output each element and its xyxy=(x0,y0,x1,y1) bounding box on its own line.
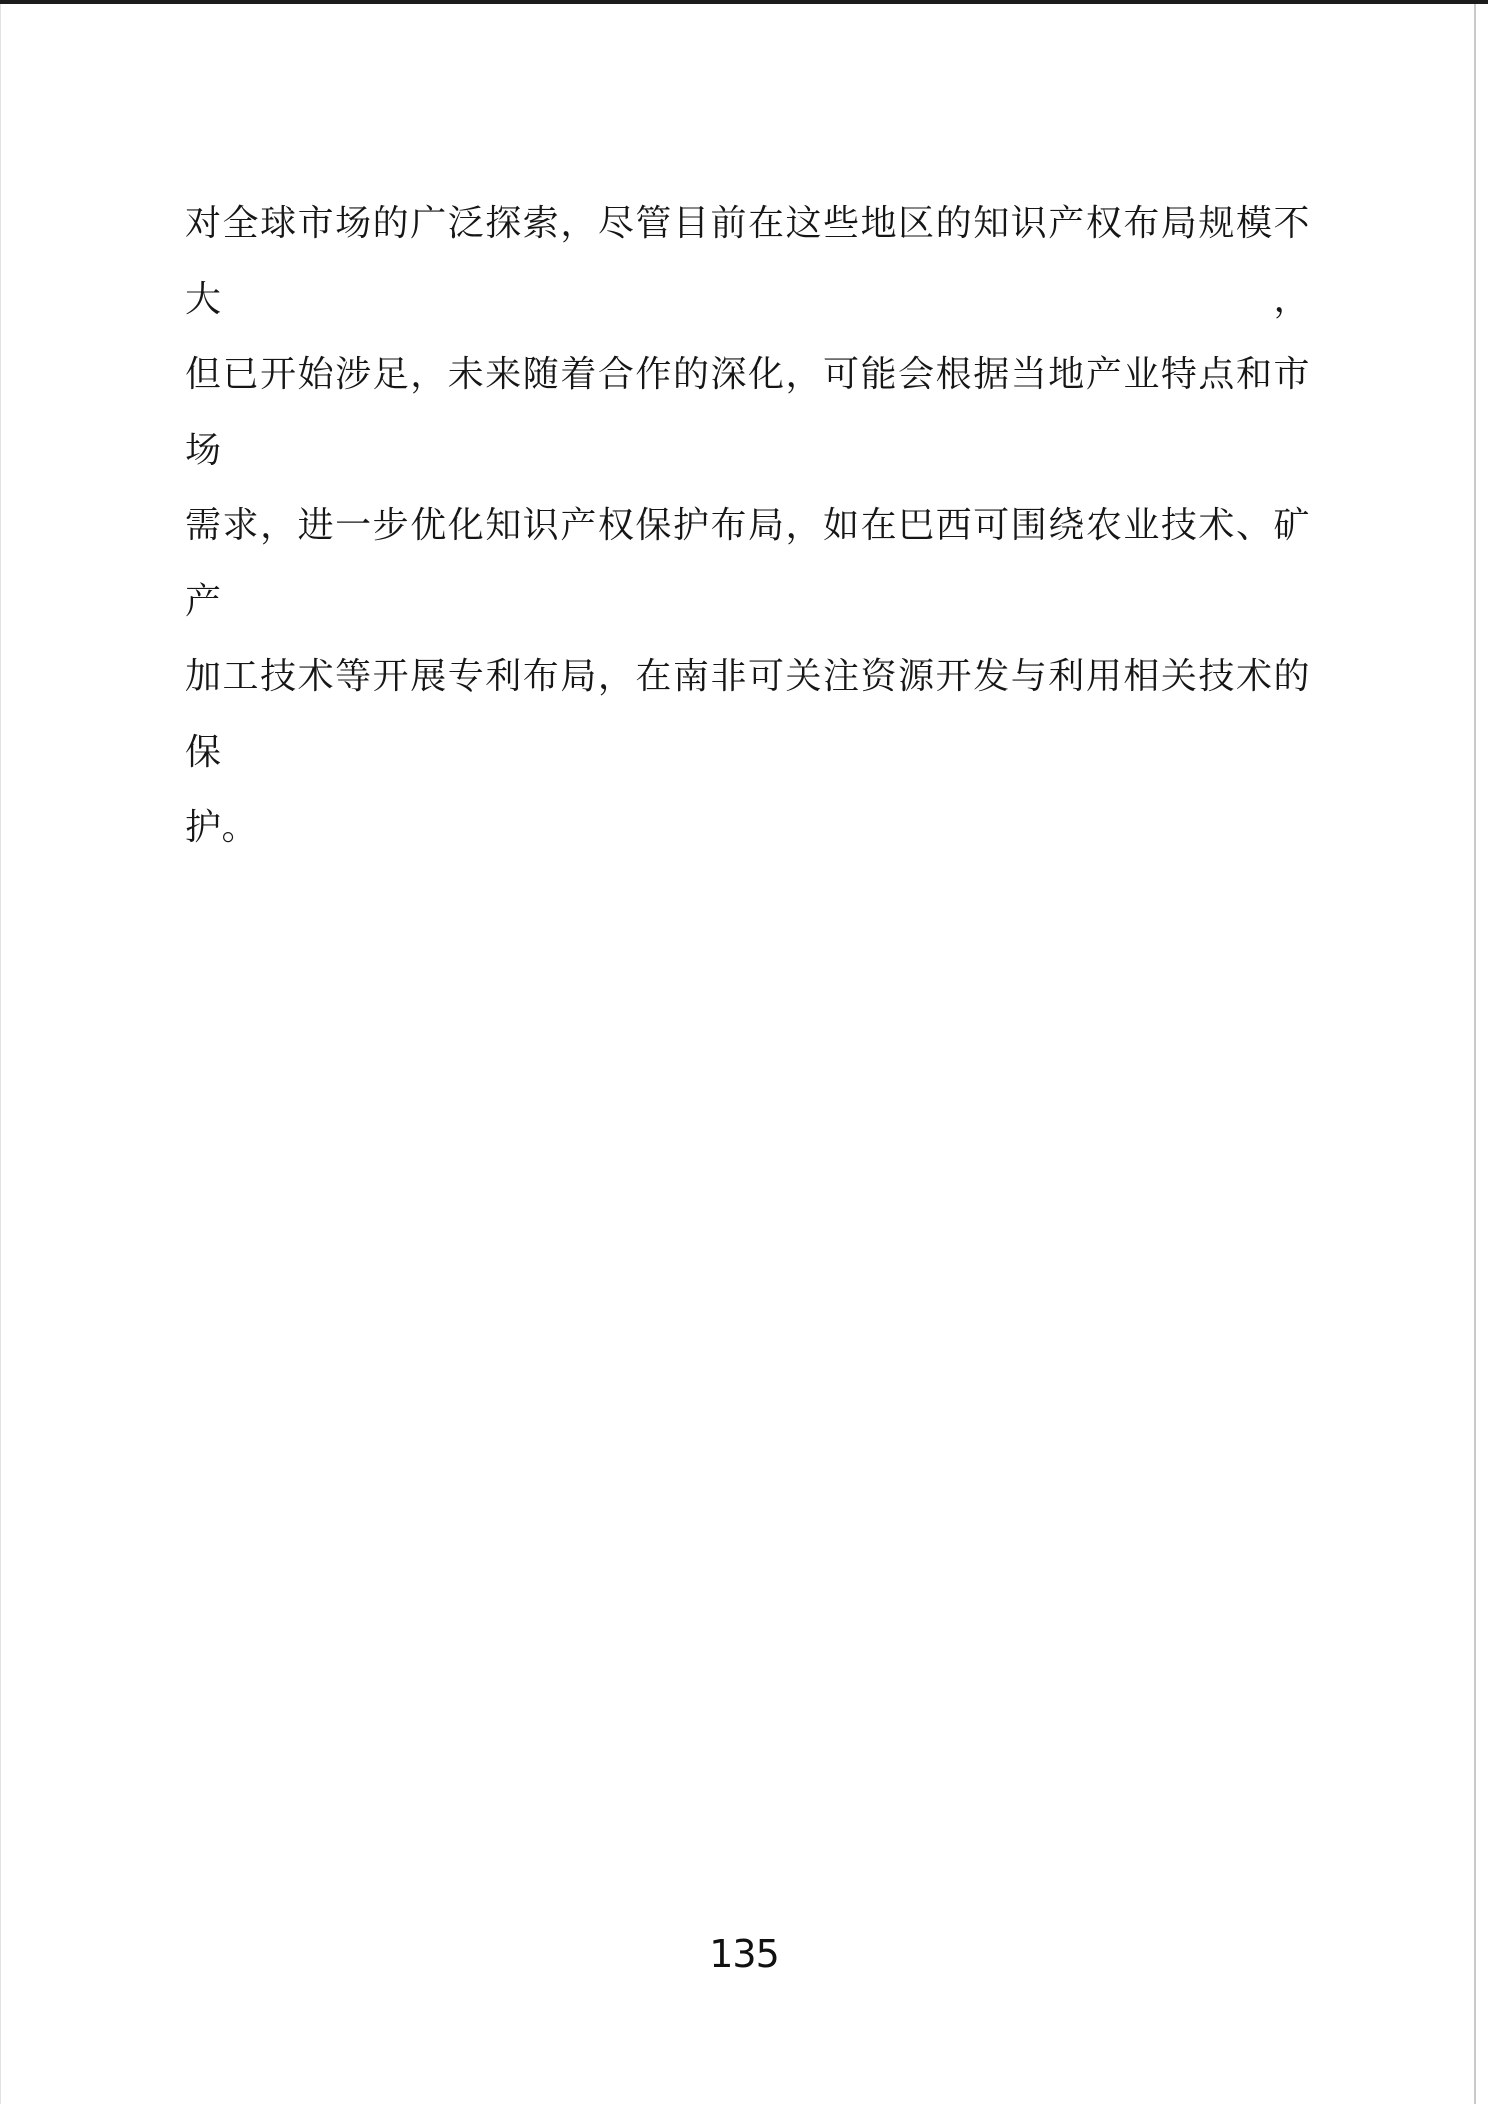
scan-right-edge-artifact xyxy=(1474,4,1476,2104)
page-footer: 135 xyxy=(0,1932,1488,1976)
paragraph-line: 对全球市场的广泛探索，尽管目前在这些地区的知识产权布局规模不大， xyxy=(185,186,1310,337)
paragraph-line: 需求，进一步优化知识产权保护布局，如在巴西可围绕农业技术、矿产 xyxy=(185,488,1310,639)
scan-left-edge-artifact xyxy=(0,4,1,2104)
document-page: 对全球市场的广泛探索，尽管目前在这些地区的知识产权布局规模不大， 但已开始涉足，… xyxy=(0,0,1488,2104)
paragraph-line: 但已开始涉足，未来随着合作的深化，可能会根据当地产业特点和市场 xyxy=(185,337,1310,488)
page-number: 135 xyxy=(709,1932,779,1976)
paragraph-line: 加工技术等开展专利布局，在南非可关注资源开发与利用相关技术的保 xyxy=(185,639,1310,790)
paragraph-line: 护。 xyxy=(185,790,1310,866)
body-text-paragraph: 对全球市场的广泛探索，尽管目前在这些地区的知识产权布局规模不大， 但已开始涉足，… xyxy=(185,186,1310,866)
scan-top-edge-artifact xyxy=(0,0,1488,4)
